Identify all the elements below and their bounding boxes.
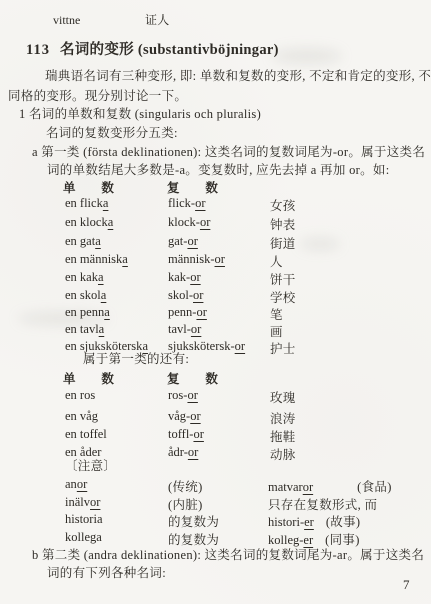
- cell-singular: en kaka: [65, 270, 104, 284]
- note-gloss: (食品): [357, 477, 392, 495]
- running-gloss: 证人: [145, 13, 170, 28]
- cell-plural: ådr-or: [168, 445, 198, 460]
- cell-gloss: 钟表: [270, 215, 296, 233]
- cell-plural: kak-or: [168, 270, 201, 285]
- class-b-line-2: 词的有下列各种名词:: [47, 566, 166, 581]
- cell-plural: ros-or: [168, 388, 198, 403]
- note-row: inälvor (内脏) 只存在复数形式, 而: [65, 495, 431, 510]
- note-gloss: (故事): [326, 512, 361, 530]
- note-word: kollega: [65, 530, 102, 544]
- note-mid: 的复数为: [168, 530, 219, 548]
- cell-plural: gat-or: [168, 234, 198, 249]
- note-word: inälvor: [65, 495, 100, 509]
- cell-plural: klock-or: [168, 215, 210, 230]
- note-mid: (传统): [168, 477, 203, 495]
- table-row: en åder ådr-or 动脉: [65, 445, 431, 460]
- table-row: en flicka flick-or 女孩: [65, 196, 431, 211]
- cell-singular: en toffel: [65, 427, 107, 441]
- cell-gloss: 画: [270, 322, 283, 340]
- intro-line-1: 瑞典语名词有三种变形, 即: 单数和复数的变形, 不定和肯定的变形, 不: [45, 69, 431, 84]
- running-head: vittne: [53, 13, 80, 28]
- cell-plural: skol-or: [168, 288, 203, 303]
- table-a2-header: 单 数 复 数: [63, 369, 429, 387]
- class-a-line-2: 词的单数结尾大多数是-a。变复数时, 应先去掉 a 再加 or。如:: [47, 163, 389, 178]
- class-a-line-1: a 第一类 (första deklinationen): 这类名词的复数词尾为…: [32, 145, 425, 160]
- col-header-plural: 复 数: [167, 178, 218, 196]
- cell-gloss: 动脉: [270, 445, 296, 463]
- note-right: histori-er(故事): [268, 512, 360, 530]
- table-row: en toffel toffl-or 拖鞋: [65, 427, 431, 442]
- cell-gloss: 浪涛: [270, 409, 296, 427]
- cell-gloss: 学校: [270, 288, 296, 306]
- note-row: kollega 的复数为 kolleg-er(同事): [65, 530, 431, 545]
- table-a-header: 单 数 复 数: [63, 178, 429, 196]
- cell-gloss: 拖鞋: [270, 427, 296, 445]
- class-b-line-1: b 第二类 (andra deklinationen): 这类名词的复数词尾为-…: [32, 548, 424, 563]
- note-row: historia 的复数为 histori-er(故事): [65, 512, 431, 527]
- note-right: matvaror(食品): [268, 477, 392, 495]
- cell-plural: flick-or: [168, 196, 206, 211]
- cell-singular: en våg: [65, 409, 98, 423]
- cell-gloss: 笔: [270, 305, 283, 323]
- scan-smudge: [272, 48, 342, 64]
- intro-line-2: 同格的变形。现分别讨论一下。: [8, 89, 187, 104]
- note-gloss: (同事): [325, 530, 360, 548]
- page-number: 7: [403, 577, 410, 592]
- note-label: 〔注意〕: [65, 459, 116, 474]
- cell-singular: en gata: [65, 234, 101, 248]
- note-right: 只存在复数形式, 而: [268, 495, 377, 513]
- table-row: en klocka klock-or 钟表: [65, 215, 431, 230]
- table-row: en kaka kak-or 饼干: [65, 270, 431, 285]
- cell-gloss: 女孩: [270, 196, 296, 214]
- cell-plural: våg-or: [168, 409, 201, 424]
- note-right: kolleg-er(同事): [268, 530, 360, 548]
- table-row: en skola skol-or 学校: [65, 288, 431, 303]
- cell-singular: en tavla: [65, 322, 104, 336]
- cell-gloss: 护士: [270, 339, 296, 357]
- cell-gloss: 玫瑰: [270, 388, 296, 406]
- cell-singular: en människa: [65, 252, 128, 266]
- cell-singular: en flicka: [65, 196, 108, 210]
- book-page: vittne 证人 113名词的变形 (substantivböjningar)…: [0, 0, 431, 604]
- section-number: 113: [26, 42, 50, 58]
- note-word: anor: [65, 477, 87, 491]
- note-row: anor (传统) matvaror(食品): [65, 477, 431, 492]
- classification-note: 名词的复数变形分五类:: [46, 126, 178, 141]
- subsection-heading: 1 名词的单数和复数 (singularis och pluralis): [19, 107, 261, 122]
- col-header-singular: 单 数: [63, 181, 114, 195]
- table-row: en människa människ-or 人: [65, 252, 431, 267]
- table-row: en penna penn-or 笔: [65, 305, 431, 320]
- cell-plural: penn-or: [168, 305, 207, 320]
- col-header-plural: 复 数: [167, 369, 218, 387]
- cell-plural: tavl-or: [168, 322, 201, 337]
- note-mid: 的复数为: [168, 512, 219, 530]
- cell-gloss: 街道: [270, 234, 296, 252]
- cell-gloss: 饼干: [270, 270, 296, 288]
- section-heading: 113名词的变形 (substantivböjningar): [26, 43, 279, 58]
- table-row: en våg våg-or 浪涛: [65, 409, 431, 424]
- col-header-singular: 单 数: [63, 372, 114, 386]
- more-examples-label: 属于第一类的还有:: [83, 352, 189, 367]
- section-title: 名词的变形 (substantivböjningar): [60, 42, 279, 58]
- cell-singular: en åder: [65, 445, 101, 459]
- cell-plural: toffl-or: [168, 427, 204, 442]
- table-row: en tavla tavl-or 画: [65, 322, 431, 337]
- table-row: en ros ros-or 玫瑰: [65, 388, 431, 403]
- running-word: vittne: [53, 13, 80, 27]
- cell-gloss: 人: [270, 252, 283, 270]
- note-mid: (内脏): [168, 495, 203, 513]
- cell-plural: människ-or: [168, 252, 225, 267]
- cell-singular: en sjuksköterska: [65, 339, 148, 353]
- note-word: historia: [65, 512, 103, 526]
- cell-singular: en klocka: [65, 215, 113, 229]
- cell-singular: en penna: [65, 305, 110, 319]
- table-row: en gata gat-or 街道: [65, 234, 431, 249]
- cell-singular: en skola: [65, 288, 106, 302]
- cell-singular: en ros: [65, 388, 95, 402]
